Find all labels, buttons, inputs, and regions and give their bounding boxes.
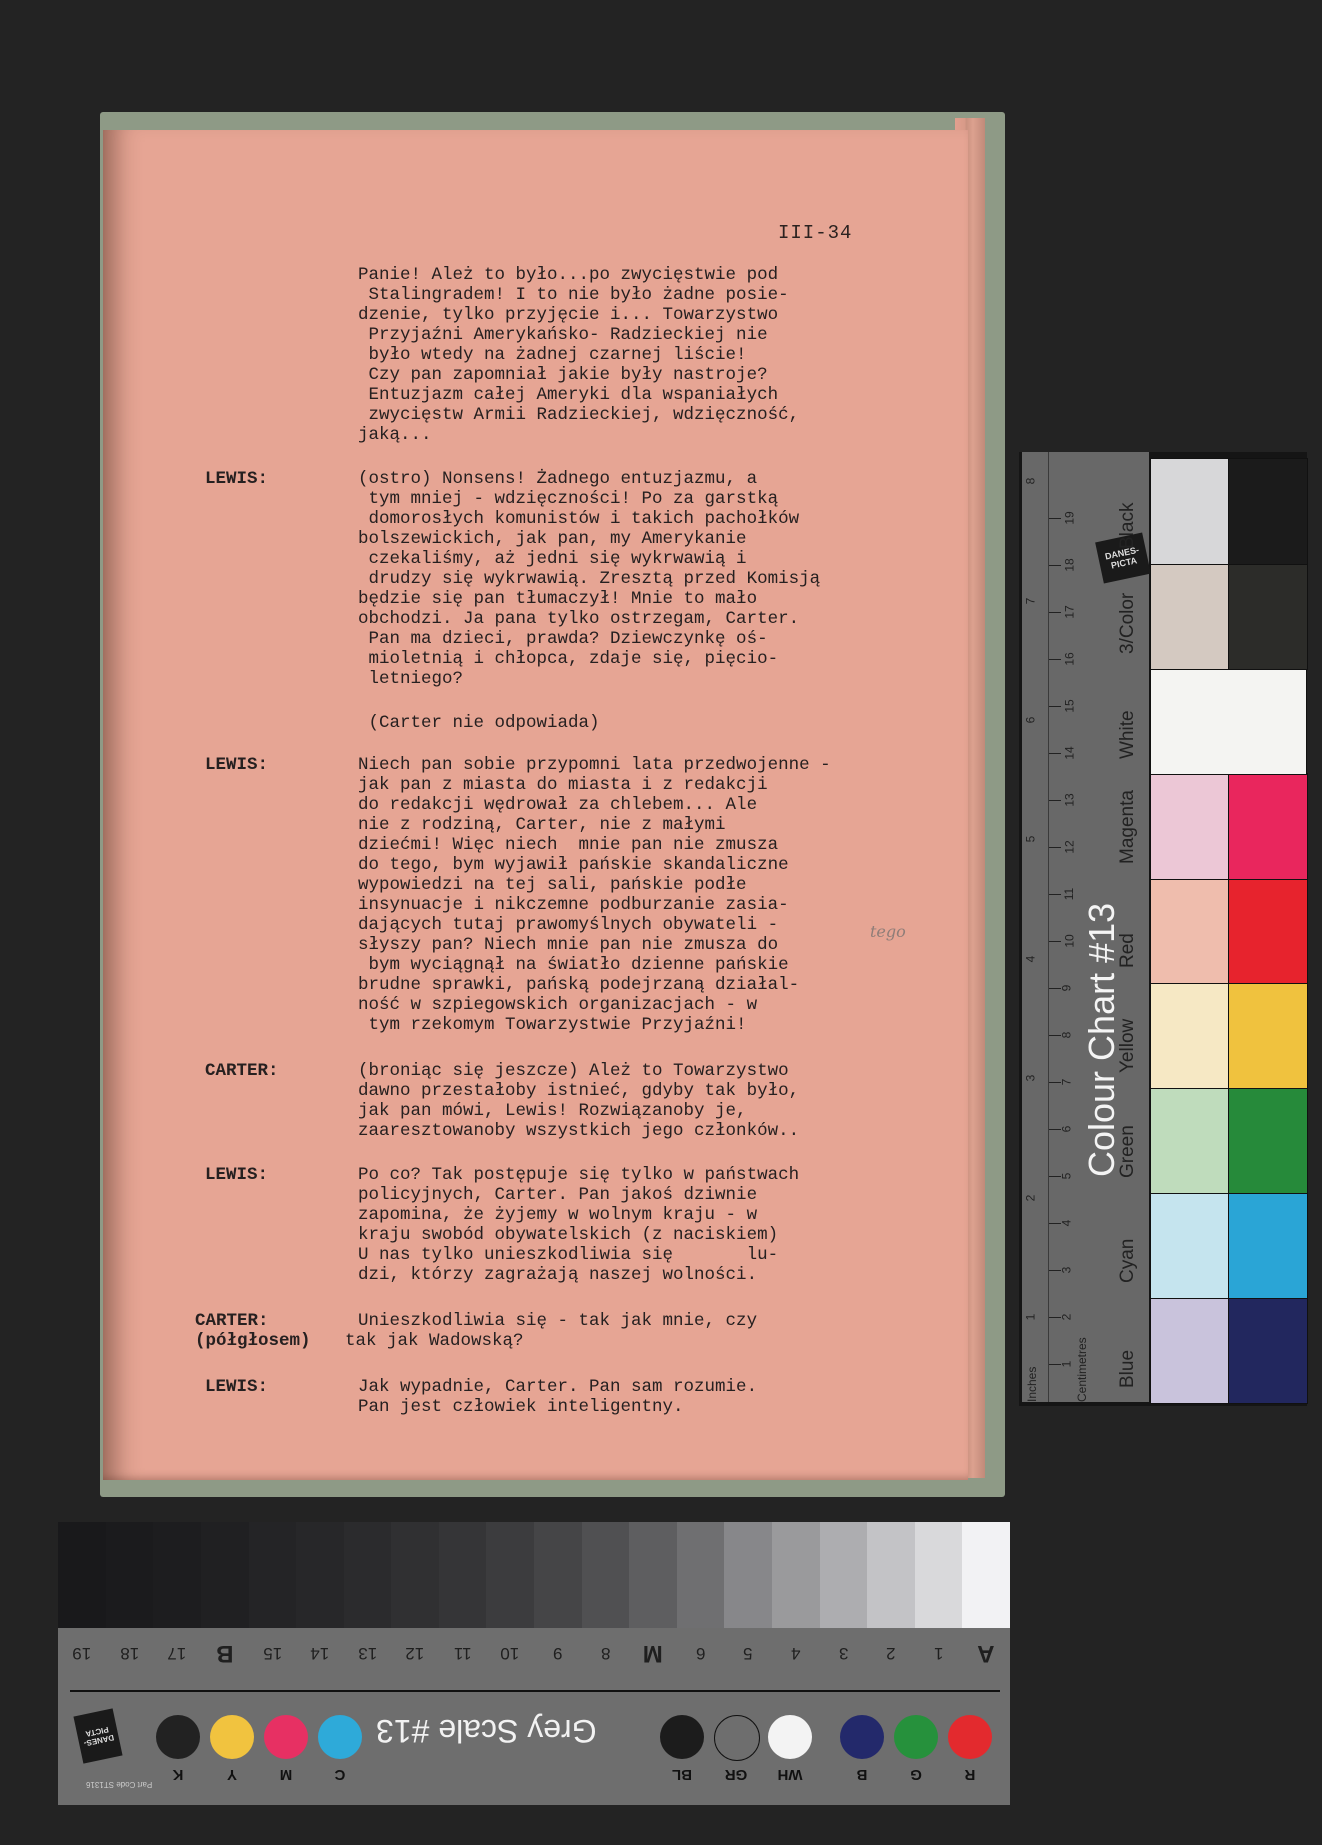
speaker-name: LEWIS: bbox=[205, 469, 268, 489]
speech-line: ność w szpiegowskich organizacjach - w bbox=[358, 995, 757, 1015]
speech-line: (Carter nie odpowiada) bbox=[358, 713, 600, 733]
tick-mark bbox=[1049, 1035, 1061, 1036]
speech-line: Czy pan zapomniał jakie były nastroje? bbox=[358, 365, 768, 385]
speech-line: Unieszkodliwia się - tak jak mnie, czy bbox=[358, 1311, 757, 1331]
cm-tick: 18 bbox=[1063, 558, 1077, 571]
speech-line: drudzy się wykrwawią. Zresztą przed Komi… bbox=[358, 569, 820, 589]
speech-line: wypowiedzi na tej sali, pańskie podłe bbox=[358, 875, 747, 895]
patch-green-dark bbox=[1228, 1087, 1308, 1194]
grey-step bbox=[772, 1522, 820, 1628]
speech-line: Stalingradem! I to nie było żadne posie- bbox=[358, 285, 789, 305]
speech-line: czekaliśmy, aż jedni się wykrwawią i bbox=[358, 549, 747, 569]
speech-line: będzie się pan tłumaczył! Mnie to mało bbox=[358, 589, 757, 609]
patch-yellow-dark bbox=[1228, 982, 1308, 1089]
swatch-label: WH bbox=[768, 1766, 812, 1783]
grey-step-label: M bbox=[629, 1630, 677, 1676]
swatch-label: GR bbox=[714, 1766, 758, 1783]
centimetres-label: Centimetres bbox=[1075, 1337, 1089, 1402]
grey-step-label: 3 bbox=[820, 1630, 868, 1676]
speech-line: bolszewickich, jak pan, my Amerykanie bbox=[358, 529, 747, 549]
patch-3-color-dark bbox=[1228, 563, 1308, 670]
inch-tick: 4 bbox=[1023, 956, 1037, 963]
speech-line: tym rzekomym Towarzystwie Przyjaźni! bbox=[358, 1015, 747, 1035]
inch-tick: 3 bbox=[1023, 1075, 1037, 1082]
grey-step bbox=[962, 1522, 1010, 1628]
grey-step-label: 14 bbox=[296, 1630, 344, 1676]
patch-label: White bbox=[1117, 710, 1139, 759]
cm-tick: 13 bbox=[1063, 793, 1077, 806]
speaker-name: CARTER: bbox=[205, 1061, 279, 1081]
swatch-label: Y bbox=[210, 1766, 254, 1783]
grey-step bbox=[867, 1522, 915, 1628]
swatch-dot-bl bbox=[660, 1715, 704, 1759]
speech-line: letniego? bbox=[358, 669, 463, 689]
speech-line: było wtedy na żadnej czarnej liście! bbox=[358, 345, 747, 365]
swatch-label: G bbox=[894, 1766, 938, 1783]
tick-mark bbox=[1049, 753, 1061, 754]
speaker-name: LEWIS: bbox=[205, 1165, 268, 1185]
tick-mark bbox=[1049, 518, 1061, 519]
swatch-dot-gr bbox=[714, 1715, 760, 1761]
cm-tick: 4 bbox=[1059, 1220, 1073, 1227]
speech-line: do redakcji wędrował za chlebem... Ale bbox=[358, 795, 757, 815]
cm-tick: 9 bbox=[1059, 985, 1073, 992]
cm-tick: 5 bbox=[1059, 1173, 1073, 1180]
grey-step bbox=[724, 1522, 772, 1628]
grey-step-label: 4 bbox=[772, 1630, 820, 1676]
grey-step-label: A bbox=[962, 1630, 1010, 1676]
speech-line: (broniąc się jeszcze) Ależ to Towarzystw… bbox=[358, 1061, 789, 1081]
swatch-dot-g bbox=[894, 1715, 938, 1759]
patch-yellow-light bbox=[1150, 982, 1230, 1089]
speech-line: mioletnią i chłopca, zdaje się, pięcio- bbox=[358, 649, 778, 669]
speaker-name: LEWIS: bbox=[205, 1377, 268, 1397]
speech-line: policyjnych, Carter. Pan jakoś dziwnie bbox=[358, 1185, 757, 1205]
grey-step-labels: A123456M89101112131415B171819 bbox=[58, 1630, 1010, 1676]
cm-tick: 7 bbox=[1059, 1079, 1073, 1086]
inches-label: Inches bbox=[1025, 1367, 1039, 1402]
tick-mark bbox=[1049, 800, 1061, 801]
speech-line: Panie! Ależ to było...po zwycięstwie pod bbox=[358, 265, 778, 285]
handwritten-note: tego bbox=[870, 922, 906, 941]
swatch-label: R bbox=[948, 1766, 992, 1783]
cm-tick: 6 bbox=[1059, 1126, 1073, 1133]
grey-scale-title: Grey Scale #13 bbox=[376, 1712, 597, 1749]
swatch-dot-y bbox=[210, 1715, 254, 1759]
patch-cyan-light bbox=[1150, 1192, 1230, 1299]
danes-picta-logo: DANES-PICTA bbox=[73, 1708, 122, 1763]
grey-scale-card: A123456M89101112131415B171819 Grey Scale… bbox=[58, 1522, 1010, 1805]
part-code: Part Code ST1316 bbox=[86, 1780, 152, 1789]
patch-black-dark bbox=[1228, 458, 1308, 565]
inch-tick: 2 bbox=[1023, 1194, 1037, 1201]
speaker-name: LEWIS: bbox=[205, 755, 268, 775]
patch-blue-dark bbox=[1228, 1297, 1308, 1404]
speech-line: Pan jest człowiek inteligentny. bbox=[358, 1397, 684, 1417]
swatch-dot-k bbox=[156, 1715, 200, 1759]
grey-step bbox=[439, 1522, 487, 1628]
swatch-dot-m bbox=[264, 1715, 308, 1759]
inch-tick: 1 bbox=[1023, 1314, 1037, 1321]
inch-tick: 7 bbox=[1023, 597, 1037, 604]
grey-step-label: 1 bbox=[915, 1630, 963, 1676]
grey-step-label: 11 bbox=[439, 1630, 487, 1676]
speech-line: zapomina, że żyjemy w wolnym kraju - w bbox=[358, 1205, 757, 1225]
patch-label: Black bbox=[1117, 502, 1139, 548]
speech-line: zaaresztowanoby wszystkich jego członków… bbox=[358, 1121, 799, 1141]
divider bbox=[70, 1690, 1000, 1692]
speaker-name: CARTER: (półgłosem) bbox=[195, 1311, 311, 1351]
patch-label: Magenta bbox=[1117, 790, 1139, 864]
speech-line: Pan ma dzieci, prawda? Dziewczynkę oś- bbox=[358, 629, 768, 649]
tick-mark bbox=[1049, 1176, 1061, 1177]
cm-tick: 19 bbox=[1063, 511, 1077, 524]
cm-tick: 15 bbox=[1063, 699, 1077, 712]
tick-mark bbox=[1049, 894, 1061, 895]
tick-mark bbox=[1049, 941, 1061, 942]
grey-step-label: 17 bbox=[153, 1630, 201, 1676]
speech-line: bym wyciągnął na światło dzienne pańskie bbox=[358, 955, 789, 975]
grey-step bbox=[391, 1522, 439, 1628]
swatch-label: M bbox=[264, 1766, 308, 1783]
grey-step bbox=[486, 1522, 534, 1628]
speech-line: tym mniej - wdzięczności! Po za garstką bbox=[358, 489, 778, 509]
page-number: III-34 bbox=[778, 222, 852, 244]
speech-line: domorosłych komunistów i takich pachołkó… bbox=[358, 509, 799, 529]
cm-tick: 10 bbox=[1063, 934, 1077, 947]
patch-magenta-light bbox=[1150, 773, 1230, 880]
patch-label: Cyan bbox=[1117, 1239, 1139, 1283]
patch-blue-light bbox=[1150, 1297, 1230, 1404]
cm-tick: 17 bbox=[1063, 605, 1077, 618]
patch-cyan-dark bbox=[1228, 1192, 1308, 1299]
cm-tick: 14 bbox=[1063, 746, 1077, 759]
grey-step-label: 18 bbox=[106, 1630, 154, 1676]
grey-step-label: 15 bbox=[249, 1630, 297, 1676]
patch-black-light bbox=[1150, 458, 1230, 565]
tick-mark bbox=[1049, 1223, 1061, 1224]
grey-step bbox=[915, 1522, 963, 1628]
speech-line: Po co? Tak postępuje się tylko w państwa… bbox=[358, 1165, 799, 1185]
tick-mark bbox=[1049, 565, 1061, 566]
speech-line: brudne sprawki, pańską podejrzaną działa… bbox=[358, 975, 799, 995]
speech-line: dzenie, tylko przyjęcie i... Towarzystwo bbox=[358, 305, 778, 325]
grey-step bbox=[201, 1522, 249, 1628]
swatch-dot-b bbox=[840, 1715, 884, 1759]
grey-step-label: 13 bbox=[344, 1630, 392, 1676]
tick-mark bbox=[1049, 1082, 1061, 1083]
speech-line: jak pan z miasta do miasta i z redakcji bbox=[358, 775, 768, 795]
speech-line: Jak wypadnie, Carter. Pan sam rozumie. bbox=[358, 1377, 757, 1397]
colour-chart: DANES-PICTA Colour Chart #13 Inches Cent… bbox=[1019, 452, 1307, 1406]
tick-mark bbox=[1049, 659, 1061, 660]
patch-red-light bbox=[1150, 878, 1230, 985]
cm-tick: 3 bbox=[1059, 1267, 1073, 1274]
grey-step bbox=[58, 1522, 106, 1628]
speech-line: kraju swobód obywatelskich (z naciskiem) bbox=[358, 1225, 778, 1245]
swatch-dot-c bbox=[318, 1715, 362, 1759]
grey-step-label: 12 bbox=[391, 1630, 439, 1676]
patch-label: 3/Color bbox=[1117, 593, 1139, 654]
patch-green-light bbox=[1150, 1087, 1230, 1194]
speech-line: Niech pan sobie przypomni lata przedwoje… bbox=[358, 755, 831, 775]
speech-line: dawno przestałoby istnieć, gdyby tak był… bbox=[358, 1081, 799, 1101]
tick-mark bbox=[1049, 1317, 1061, 1318]
inch-tick: 6 bbox=[1023, 717, 1037, 724]
grey-step-label: 10 bbox=[486, 1630, 534, 1676]
cm-tick: 1 bbox=[1059, 1361, 1073, 1368]
grey-step-label: 8 bbox=[582, 1630, 630, 1676]
speech-line: dzi, którzy zagrażają naszej wolności. bbox=[358, 1265, 757, 1285]
grey-step bbox=[534, 1522, 582, 1628]
patch-label: Yellow bbox=[1117, 1019, 1139, 1073]
cm-tick: 16 bbox=[1063, 652, 1077, 665]
grey-step bbox=[344, 1522, 392, 1628]
patch-3-color-light bbox=[1150, 563, 1230, 670]
speech-line: Przyjaźni Amerykańsko- Radzieckiej nie bbox=[358, 325, 768, 345]
grey-step-label: 19 bbox=[58, 1630, 106, 1676]
grey-step-label: B bbox=[201, 1630, 249, 1676]
swatch-label: C bbox=[318, 1766, 362, 1783]
speech-line: tak jak Wadowską? bbox=[345, 1331, 524, 1351]
grey-steps bbox=[58, 1522, 1010, 1628]
grey-step-label: 2 bbox=[867, 1630, 915, 1676]
speech-line: jaką... bbox=[358, 425, 432, 445]
swatch-label: B bbox=[840, 1766, 884, 1783]
tick-mark bbox=[1049, 612, 1061, 613]
grey-step bbox=[629, 1522, 677, 1628]
cm-tick: 11 bbox=[1062, 888, 1076, 900]
inch-tick: 5 bbox=[1023, 836, 1037, 843]
inch-scale bbox=[1022, 452, 1049, 1402]
patch-magenta-dark bbox=[1228, 773, 1308, 880]
speech-line: do tego, bym wyjawił pańskie skandaliczn… bbox=[358, 855, 789, 875]
grey-step-label: 9 bbox=[534, 1630, 582, 1676]
speech-line: (ostro) Nonsens! Żadnego entuzjazmu, a bbox=[358, 469, 757, 489]
speech-line: U nas tylko unieszkodliwia się lu- bbox=[358, 1245, 778, 1265]
speech-line: dziećmi! Więc niech mnie pan nie zmusza bbox=[358, 835, 778, 855]
patch-label: Red bbox=[1117, 934, 1139, 969]
cm-tick: 12 bbox=[1063, 840, 1077, 853]
grey-step bbox=[153, 1522, 201, 1628]
swatch-label: BL bbox=[660, 1766, 704, 1783]
grey-step-label: 6 bbox=[677, 1630, 725, 1676]
speech-line: nie z rodziną, Carter, nie z małymi bbox=[358, 815, 726, 835]
grey-step bbox=[249, 1522, 297, 1628]
cm-tick: 8 bbox=[1059, 1032, 1073, 1039]
grey-step bbox=[582, 1522, 630, 1628]
speech-line: insynuacje i nikczemne podburzanie zasia… bbox=[358, 895, 789, 915]
tick-mark bbox=[1049, 1129, 1061, 1130]
cm-tick: 2 bbox=[1059, 1314, 1073, 1321]
tick-mark bbox=[1049, 847, 1061, 848]
patch-label: Green bbox=[1117, 1125, 1139, 1178]
patch-red-dark bbox=[1228, 878, 1308, 985]
swatch-dot-r bbox=[948, 1715, 992, 1759]
grey-step bbox=[296, 1522, 344, 1628]
grey-step-label: 5 bbox=[724, 1630, 772, 1676]
grey-step bbox=[820, 1522, 868, 1628]
tick-mark bbox=[1049, 706, 1061, 707]
tick-mark bbox=[1049, 1270, 1061, 1271]
grey-step bbox=[677, 1522, 725, 1628]
speech-line: jak pan mówi, Lewis! Rozwiązanoby je, bbox=[358, 1101, 747, 1121]
patch-label: Blue bbox=[1117, 1350, 1139, 1388]
tick-mark bbox=[1049, 988, 1061, 989]
speech-line: Entuzjazm całej Ameryki dla wspaniałych bbox=[358, 385, 778, 405]
inch-tick: 8 bbox=[1023, 478, 1037, 485]
swatch-dot-wh bbox=[768, 1715, 812, 1759]
speech-line: obchodzi. Ja pana tylko ostrzegam, Carte… bbox=[358, 609, 799, 629]
patch-white bbox=[1150, 668, 1307, 775]
tick-mark bbox=[1049, 1364, 1061, 1365]
grey-step bbox=[106, 1522, 154, 1628]
speech-line: dających tutaj prawomyślnych obywateli - bbox=[358, 915, 778, 935]
speech-line: zwycięstw Armii Radzieckiej, wdzięczność… bbox=[358, 405, 799, 425]
speech-line: słyszy pan? Niech mnie pan nie zmusza do bbox=[358, 935, 778, 955]
swatch-label: K bbox=[156, 1766, 200, 1783]
